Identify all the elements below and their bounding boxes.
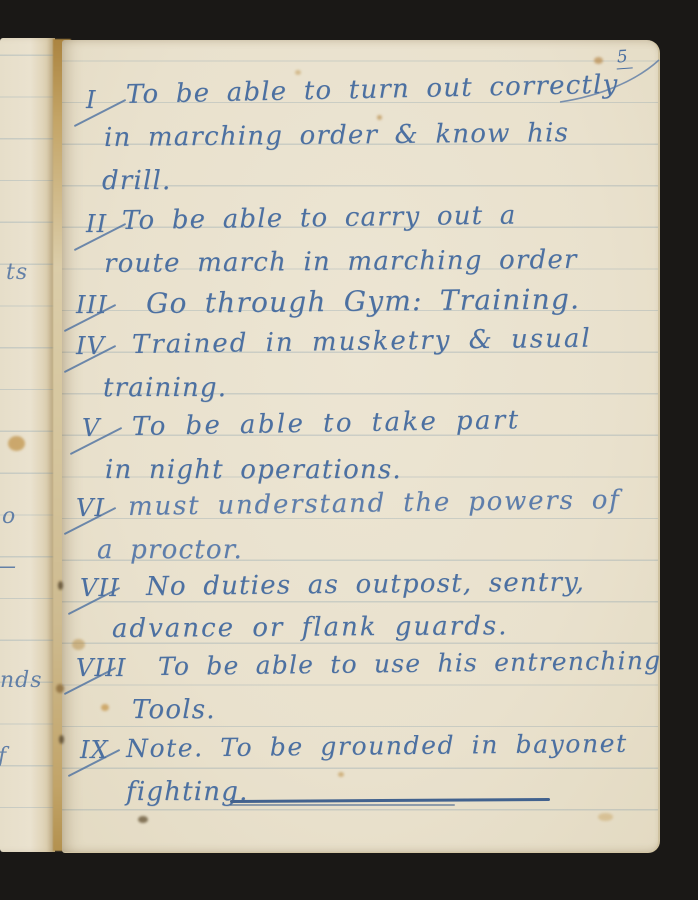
stain: [101, 704, 109, 711]
stain: [56, 684, 64, 693]
stain: [295, 70, 301, 75]
item-numeral: IV: [76, 332, 105, 360]
item-numeral: VIII: [76, 654, 127, 682]
handwriting-line: To be able to carry out a: [122, 200, 517, 236]
item-numeral: VI: [76, 494, 105, 522]
stain: [594, 57, 603, 64]
stain: [72, 639, 85, 650]
handwriting-line: advance or flank guards.: [112, 611, 509, 644]
item-numeral: III: [76, 291, 108, 319]
item-numeral: V: [82, 414, 101, 442]
margin-fragment: —: [0, 554, 17, 579]
stain: [138, 816, 148, 823]
stain: [59, 735, 64, 744]
stain: [338, 772, 344, 777]
handwriting-line: Tools.: [132, 695, 216, 725]
margin-fragment: f: [0, 744, 7, 769]
item-numeral: IX: [80, 736, 109, 764]
end-rule-line: [230, 804, 455, 806]
margin-fragment: ts: [6, 260, 28, 285]
stain: [8, 436, 25, 451]
handwriting-line: route march in marching order: [104, 245, 578, 279]
handwriting-line: drill.: [102, 166, 171, 196]
handwriting-line: Go through Gym: Training.: [146, 282, 580, 320]
margin-fragment: o: [2, 504, 16, 529]
handwriting-line: Trained in musketry & usual: [132, 324, 592, 360]
stain: [58, 581, 63, 590]
handwriting-line: training.: [103, 373, 227, 403]
handwriting-line: No duties as outpost, sentry,: [146, 567, 585, 602]
stain: [598, 813, 613, 821]
item-numeral: I: [86, 86, 97, 114]
handwriting-line: in night operations.: [105, 455, 402, 485]
margin-fragment: nds: [0, 668, 43, 693]
page-number: 5: [615, 46, 632, 69]
handwriting-line: To be able to use his entrenching: [158, 646, 662, 681]
handwriting-line: a proctor.: [97, 535, 243, 565]
item-numeral: II: [86, 210, 107, 238]
photo-frame: ts o — nds f 5 I II III IV V VI VII VIII…: [0, 0, 698, 900]
handwriting-line: Note. To be grounded in bayonet: [126, 729, 628, 763]
handwriting-line: in marching order & know his: [104, 118, 569, 153]
item-numeral: VII: [80, 574, 120, 602]
